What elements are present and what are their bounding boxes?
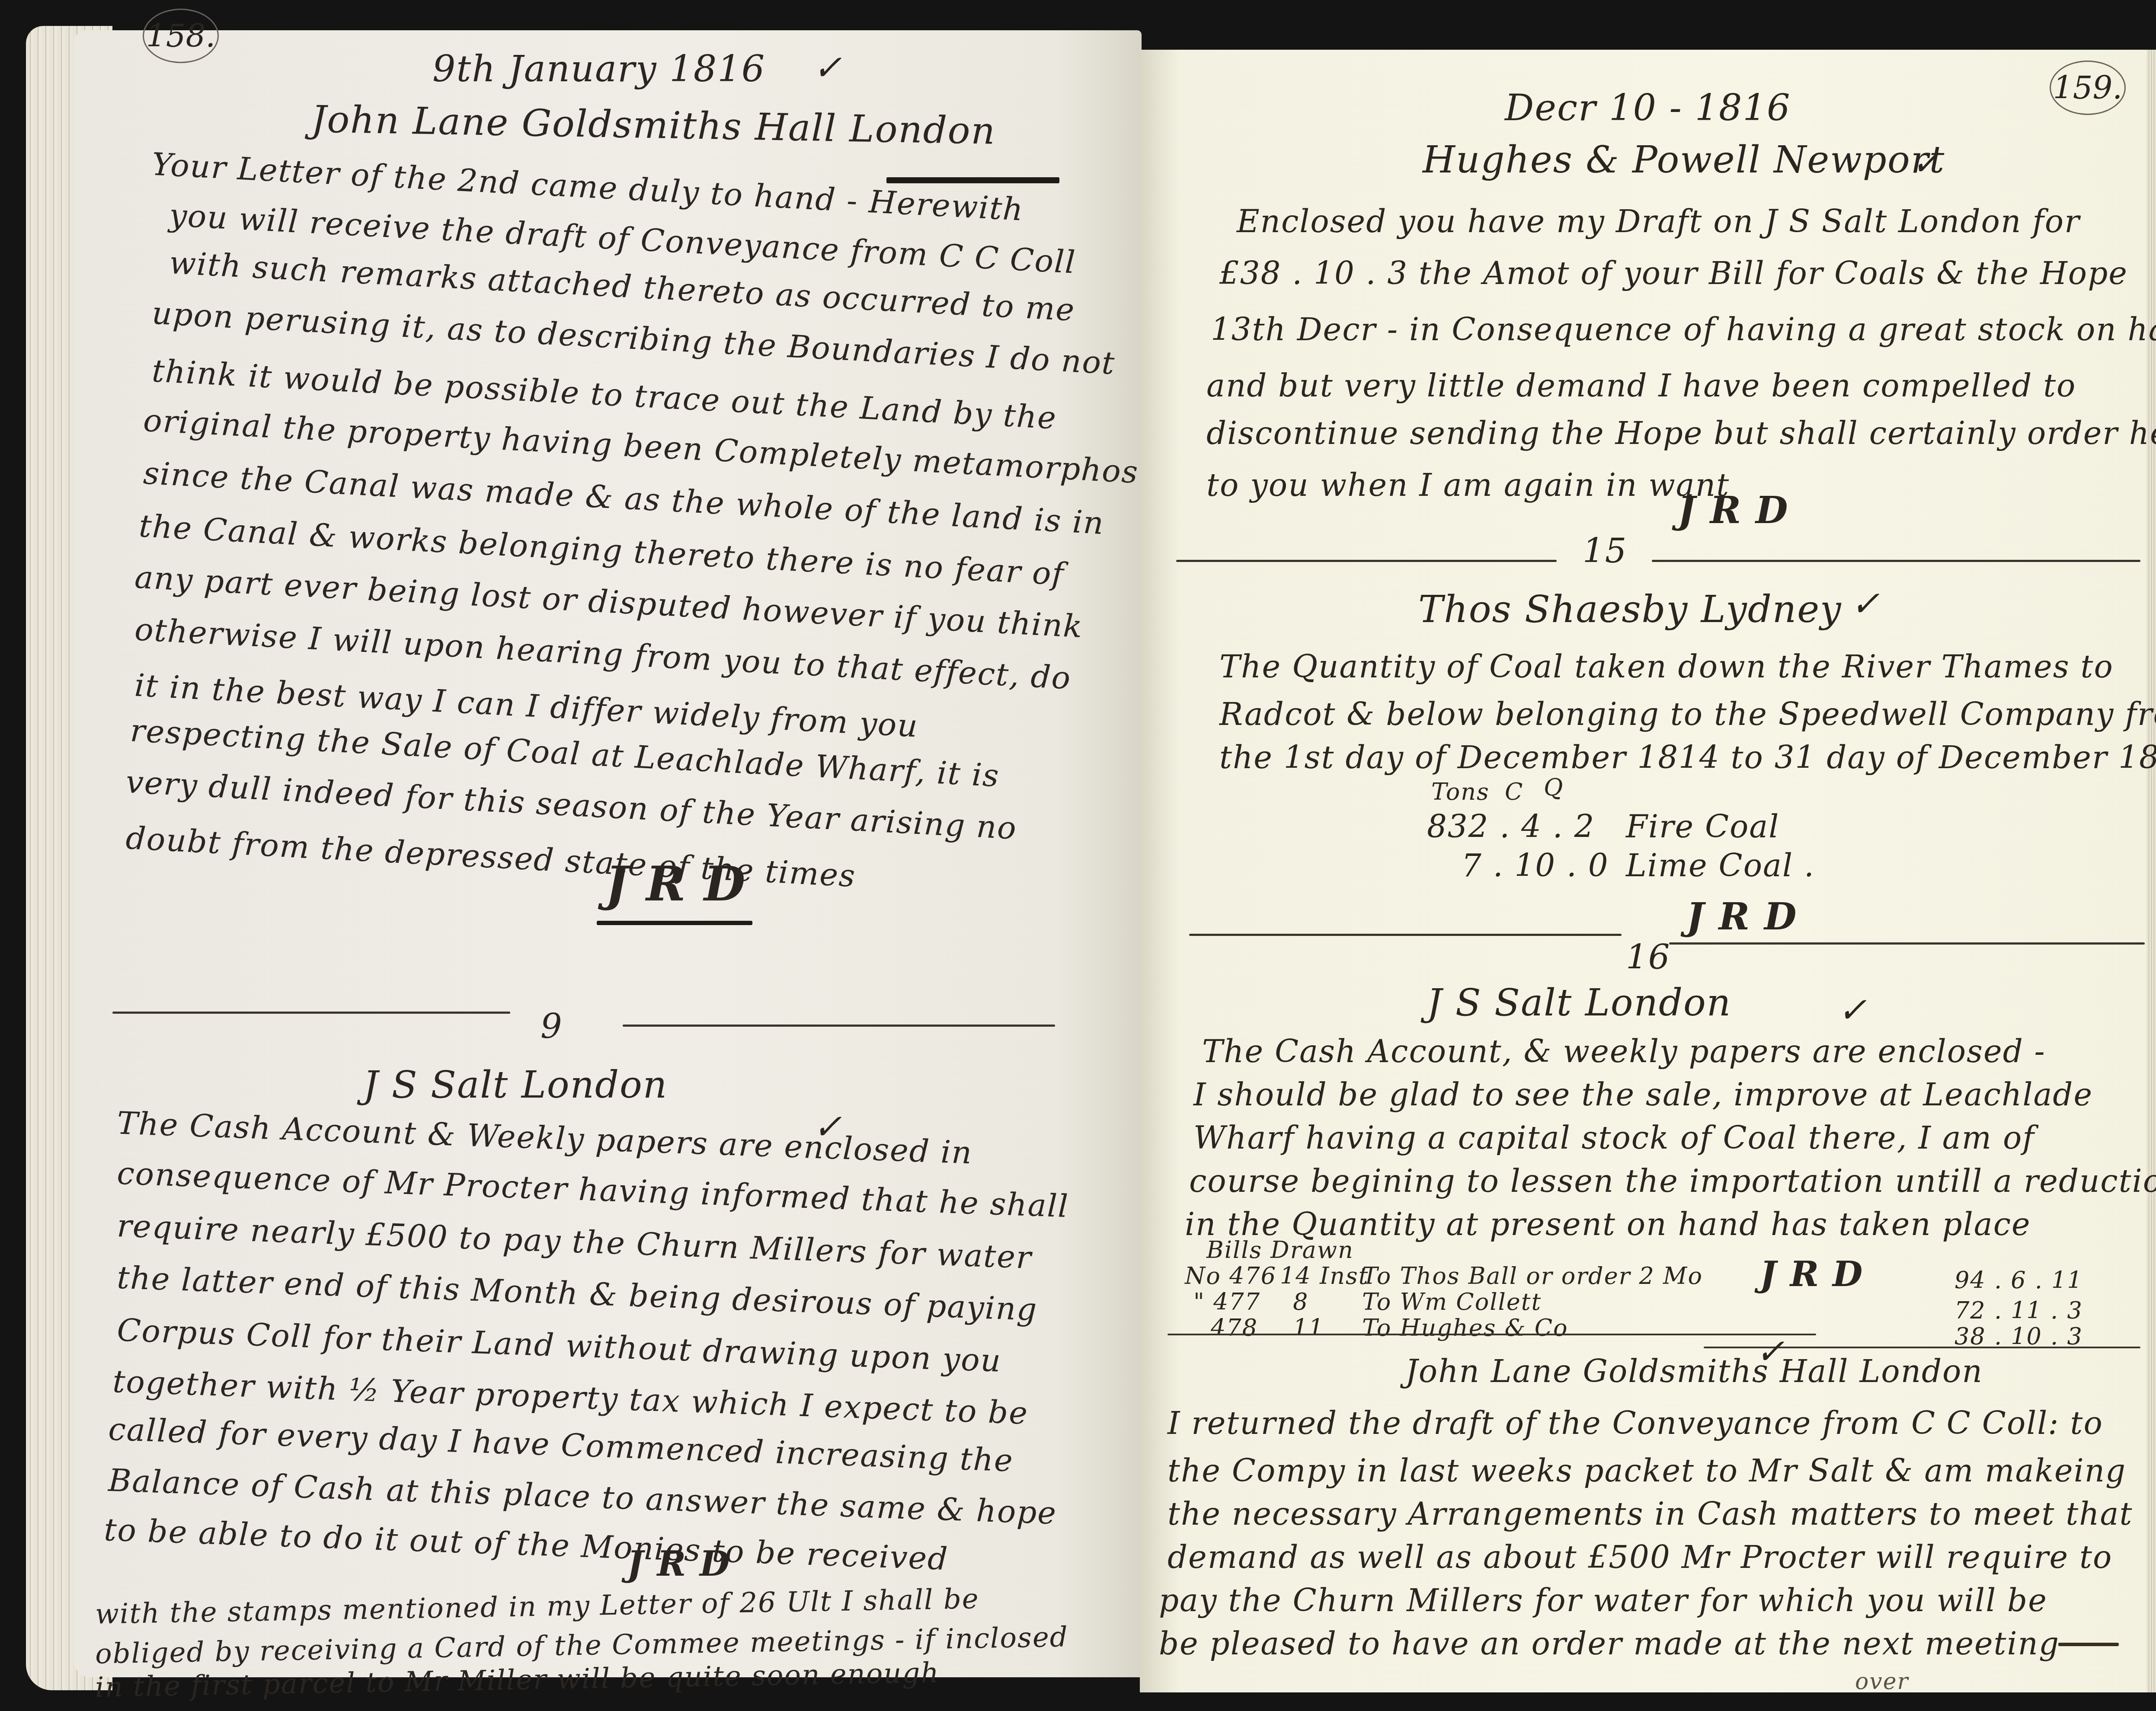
letter-line: to you when I am again in want [1206,467,1730,503]
letter-line: Wharf having a capital stock of Coal the… [1193,1120,2035,1156]
entry-addressee: J S Salt London [363,1063,668,1107]
quantity-item: Fire Coal [1626,808,1779,845]
bill-date: 14 Inst [1280,1262,1369,1290]
entry-divider-right [1669,942,2145,945]
letter-line: 13th Decr - in Consequence of having a g… [1211,311,2156,348]
ink-underline [886,177,1059,183]
letter-line: I should be glad to see the sale, improv… [1193,1076,2093,1113]
column-header-cwt: C [1505,778,1523,805]
quantity-amount: 832 . 4 . 2 [1427,808,1595,845]
entry-number: 16 [1626,938,1670,977]
letter-line: be pleased to have an order made at the … [1159,1625,2060,1662]
folio-number-left: 158. [143,9,219,63]
entry-divider-left [112,1012,510,1014]
entry-divider-right [1652,560,2140,562]
signature-flourish [597,921,752,925]
column-header-tons: Tons [1431,778,1490,805]
signature-initials: J R D [1760,1254,1863,1294]
bill-number: 478 [1211,1314,1258,1341]
quantity-amount: 7 . 10 . 0 [1462,847,1609,884]
letter-line: £38 . 10 . 3 the Amot of your Bill for C… [1219,255,2128,291]
entry-divider-right [623,1025,1055,1027]
letter-line: course begining to lessen the importatio… [1189,1163,2156,1199]
check-mark-icon: ✓ [1756,1331,1785,1372]
signature-initials: J R D [627,1543,730,1584]
check-mark-icon: ✓ [1838,990,1868,1030]
letter-line: discontinue sending the Hope but shall c… [1206,415,2156,451]
entry-divider-left [1176,560,1557,562]
entry-addressee: Thos Shaesby Lydney [1418,588,1842,631]
check-mark-icon: ✓ [1851,584,1881,624]
letter-line: The Quantity of Coal taken down the Rive… [1219,648,2114,685]
bill-payee: To Hughes & Co [1362,1314,1568,1341]
signature-initials: J R D [605,856,746,912]
bill-payee: To Wm Collett [1362,1288,1542,1315]
letter-line: Radcot & below belonging to the Speedwel… [1219,696,2156,732]
entry-addressee: Hughes & Powell Newport [1423,138,1945,182]
check-mark-icon: ✓ [813,48,843,88]
bills-drawn-title: Bills Drawn [1206,1236,1354,1264]
column-header-qtr: Q [1544,774,1564,801]
book-page-edges-right [2146,50,2156,1692]
bill-date: 8 [1293,1288,1308,1315]
quantity-item: Lime Coal . [1626,847,1815,884]
letter-line: the necessary Arrangements in Cash matte… [1168,1496,2133,1532]
bill-number: " 477 [1193,1288,1260,1315]
bill-number: No 476 [1185,1262,1276,1290]
catchword: over [1855,1669,1909,1695]
entry-addressee: John Lane Goldsmiths Hall London [1405,1353,1983,1389]
entry-divider-left [1189,934,1622,936]
letter-line: The Cash Account, & weekly papers are en… [1202,1033,2046,1069]
entry-number: 15 [1583,532,1627,571]
letter-line: and but very little demand I have been c… [1206,367,2076,404]
letter-line: Enclosed you have my Draft on J S Salt L… [1237,203,2080,239]
bill-amount: 72 . 11 . 3 [1954,1297,2083,1324]
letter-line: I returned the draft of the Conveyance f… [1168,1405,2103,1441]
bill-payee: To Thos Ball or order 2 Mo [1362,1262,1703,1290]
entry-number: 9 [541,1007,563,1046]
entry-date: 9th January 1816 [432,48,765,90]
bill-date: 11 [1293,1314,1324,1341]
letter-line: pay the Churn Millers for water for whic… [1159,1582,2047,1618]
bill-amount: 94 . 6 . 11 [1954,1267,2083,1294]
letter-line: demand as well as about £500 Mr Procter … [1168,1539,2112,1575]
entry-date: Decr 10 - 1816 [1505,86,1791,129]
signature-initials: J R D [1678,488,1789,532]
entry-addressee: J S Salt London [1427,981,1731,1025]
table-rule [1168,1334,1816,1335]
folio-number-right: 159. [2050,61,2126,115]
letter-line: the Compy in last weeks packet to Mr Sal… [1168,1452,2126,1489]
letter-line: the 1st day of December 1814 to 31 day o… [1219,739,2156,776]
ink-dash [2058,1643,2119,1646]
check-mark-icon: ✓ [1911,143,1941,183]
signature-initials: J R D [1686,895,1798,938]
bill-amount: 38 . 10 . 3 [1954,1323,2083,1350]
